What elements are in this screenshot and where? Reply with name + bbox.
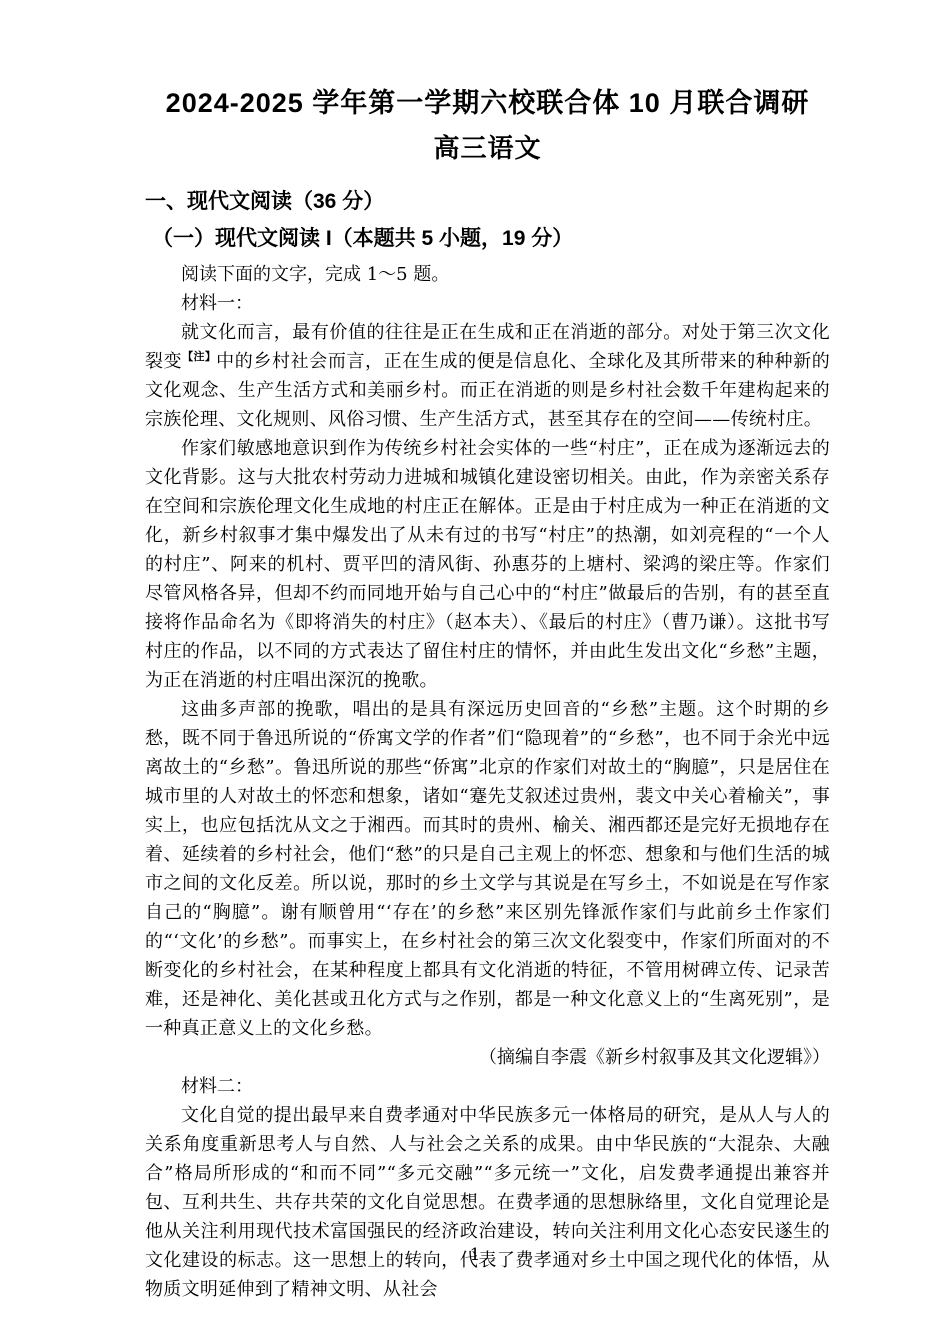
page-number: 1 [0, 1245, 950, 1265]
material-one-label: 材料一： [145, 289, 830, 318]
material-one-paragraph-3: 这曲多声部的挽歌，唱出的是具有深远历史回音的“乡愁”主题。这个时期的乡愁，既不同… [145, 695, 830, 1043]
reading-instruction: 阅读下面的文字，完成 1～5 题。 [145, 260, 830, 289]
exam-title: 2024-2025 学年第一学期六校联合体 10 月联合调研 [145, 86, 830, 120]
material-one-paragraph-1-text-after-note: 中的乡村社会而言，正在生成的便是信息化、全球化及其所带来的种种新的文化观念、生产… [145, 351, 830, 430]
material-two-paragraph-1: 文化自觉的提出最早来自费孝通对中华民族多元一体格局的研究，是从人与人的关系角度重… [145, 1101, 830, 1304]
material-one-paragraph-2: 作家们敏感地意识到作为传统乡村社会实体的一些“村庄”，正在成为逐渐远去的文化背影… [145, 434, 830, 695]
material-one-paragraph-1: 就文化而言，最有价值的往往是正在生成和正在消逝的部分。对处于第三次文化裂变【注】… [145, 318, 830, 434]
exam-subject-title: 高三语文 [145, 132, 830, 164]
footnote-marker: 【注】 [182, 350, 216, 363]
material-two-label: 材料二： [145, 1072, 830, 1101]
subsection-one-heading: （一）现代文阅读 I（本题共 5 小题，19 分） [145, 225, 830, 253]
material-one-attribution: （摘编自李震《新乡村叙事及其文化逻辑》） [145, 1043, 830, 1072]
exam-paper-page: 2024-2025 学年第一学期六校联合体 10 月联合调研 高三语文 一、现代… [0, 0, 950, 1344]
section-one-heading: 一、现代文阅读（36 分） [145, 188, 830, 216]
